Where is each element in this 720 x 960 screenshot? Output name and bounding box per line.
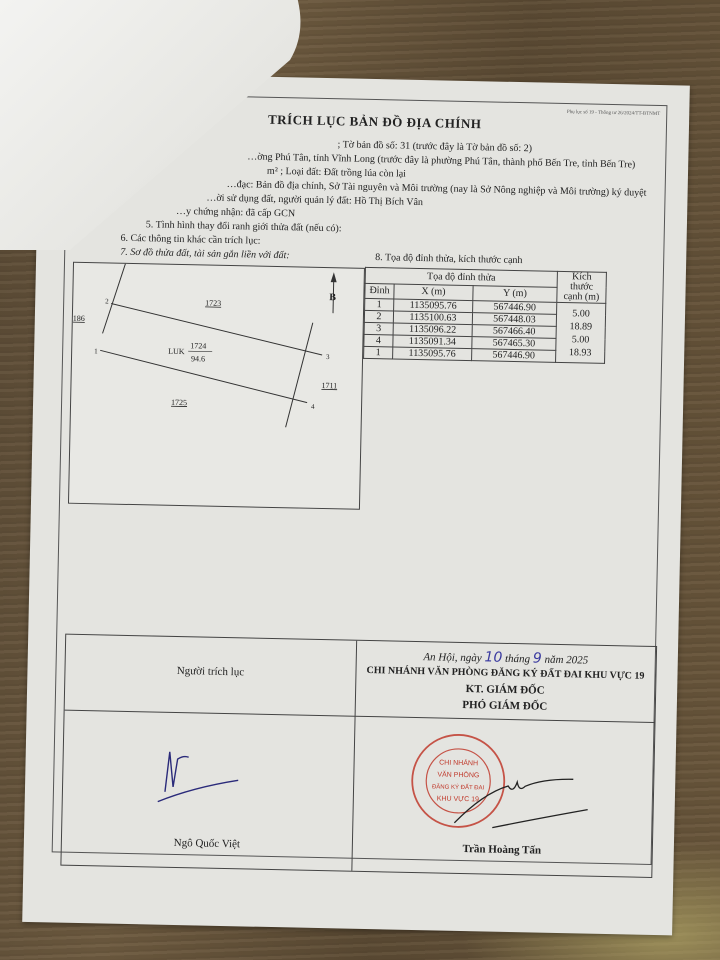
svg-text:1711: 1711 bbox=[321, 381, 337, 390]
svg-text:1725: 1725 bbox=[171, 398, 187, 407]
edge-lengths: 5.0018.895.0018.93 bbox=[556, 302, 606, 363]
svg-text:186: 186 bbox=[73, 314, 85, 323]
svg-text:B: B bbox=[329, 292, 336, 303]
coordinates-section-title: 8. Tọa độ đỉnh thửa, kích thước cạnh bbox=[375, 252, 523, 266]
parcel-sketch: 1 2 3 4 B 1723 186 1725 1711 LUK 1724 94… bbox=[68, 262, 365, 510]
vertex-header: Đỉnh bbox=[365, 283, 394, 299]
signer-title-1: KT. GIÁM ĐỐC bbox=[355, 681, 655, 699]
boundary-change-line: 5. Tình hình thay đổi ranh giới thửa đất… bbox=[146, 219, 342, 234]
sketch-section-title: 7. Sơ đồ thửa đất, tài sản gắn liền với … bbox=[120, 247, 290, 262]
x-header: X (m) bbox=[394, 283, 473, 300]
date-day: 10 bbox=[484, 649, 502, 665]
edge-length-header: Kích thước cạnh (m) bbox=[557, 271, 607, 303]
svg-text:1: 1 bbox=[94, 347, 98, 355]
y-header: Y (m) bbox=[473, 285, 557, 302]
svg-text:4: 4 bbox=[311, 403, 315, 411]
svg-text:94.6: 94.6 bbox=[191, 354, 205, 363]
extractor-column: Người trích lục Ngô Quốc Việt bbox=[61, 635, 357, 871]
extractor-signature bbox=[153, 747, 244, 809]
land-type-line: m² ; Loại đất: Đất trồng lúa còn lại bbox=[267, 166, 406, 180]
date-month: 9 bbox=[533, 650, 542, 666]
parcel-diagram: 1 2 3 4 B 1723 186 1725 1711 LUK 1724 94… bbox=[69, 263, 364, 509]
document-title: TRÍCH LỤC BẢN ĐỒ ĐỊA CHÍNH bbox=[268, 112, 482, 132]
coordinates-table: Tọa độ đỉnh thửa Kích thước cạnh (m) Đỉn… bbox=[363, 267, 607, 364]
signer-title-2: PHÓ GIÁM ĐỐC bbox=[355, 697, 655, 715]
document-frame: Phụ lục số 19 - Thông tư 26/2024/TT-BTNM… bbox=[52, 93, 668, 865]
director-name: Trần Hoàng Tấn bbox=[352, 841, 652, 859]
certificate-line: …y chứng nhận: đã cấp GCN bbox=[176, 206, 295, 219]
extractor-role: Người trích lục bbox=[65, 663, 355, 681]
svg-text:2: 2 bbox=[105, 297, 109, 305]
other-info-line: 6. Các thông tin khác cần trích lục: bbox=[120, 233, 260, 247]
svg-text:1724: 1724 bbox=[190, 341, 206, 350]
extractor-name: Ngô Quốc Việt bbox=[62, 835, 352, 853]
svg-text:3: 3 bbox=[326, 353, 330, 361]
owner-line: …ời sử dụng đất, người quản lý đất: Hồ T… bbox=[206, 193, 423, 209]
divider bbox=[65, 710, 355, 717]
signature-block: Người trích lục Ngô Quốc Việt An Hội, ng… bbox=[60, 634, 657, 878]
director-signature bbox=[452, 763, 593, 836]
svg-text:LUK: LUK bbox=[168, 347, 185, 356]
form-note: Phụ lục số 19 - Thông tư 26/2024/TT-BTNM… bbox=[567, 110, 660, 117]
issuer-header: An Hội, ngày 10 tháng 9 năm 2025 CHI NHÁ… bbox=[355, 641, 657, 722]
svg-text:1723: 1723 bbox=[205, 299, 221, 308]
map-sheet-line: ; Tờ bản đồ số: 31 (trước đây là Tờ bản … bbox=[337, 139, 532, 154]
